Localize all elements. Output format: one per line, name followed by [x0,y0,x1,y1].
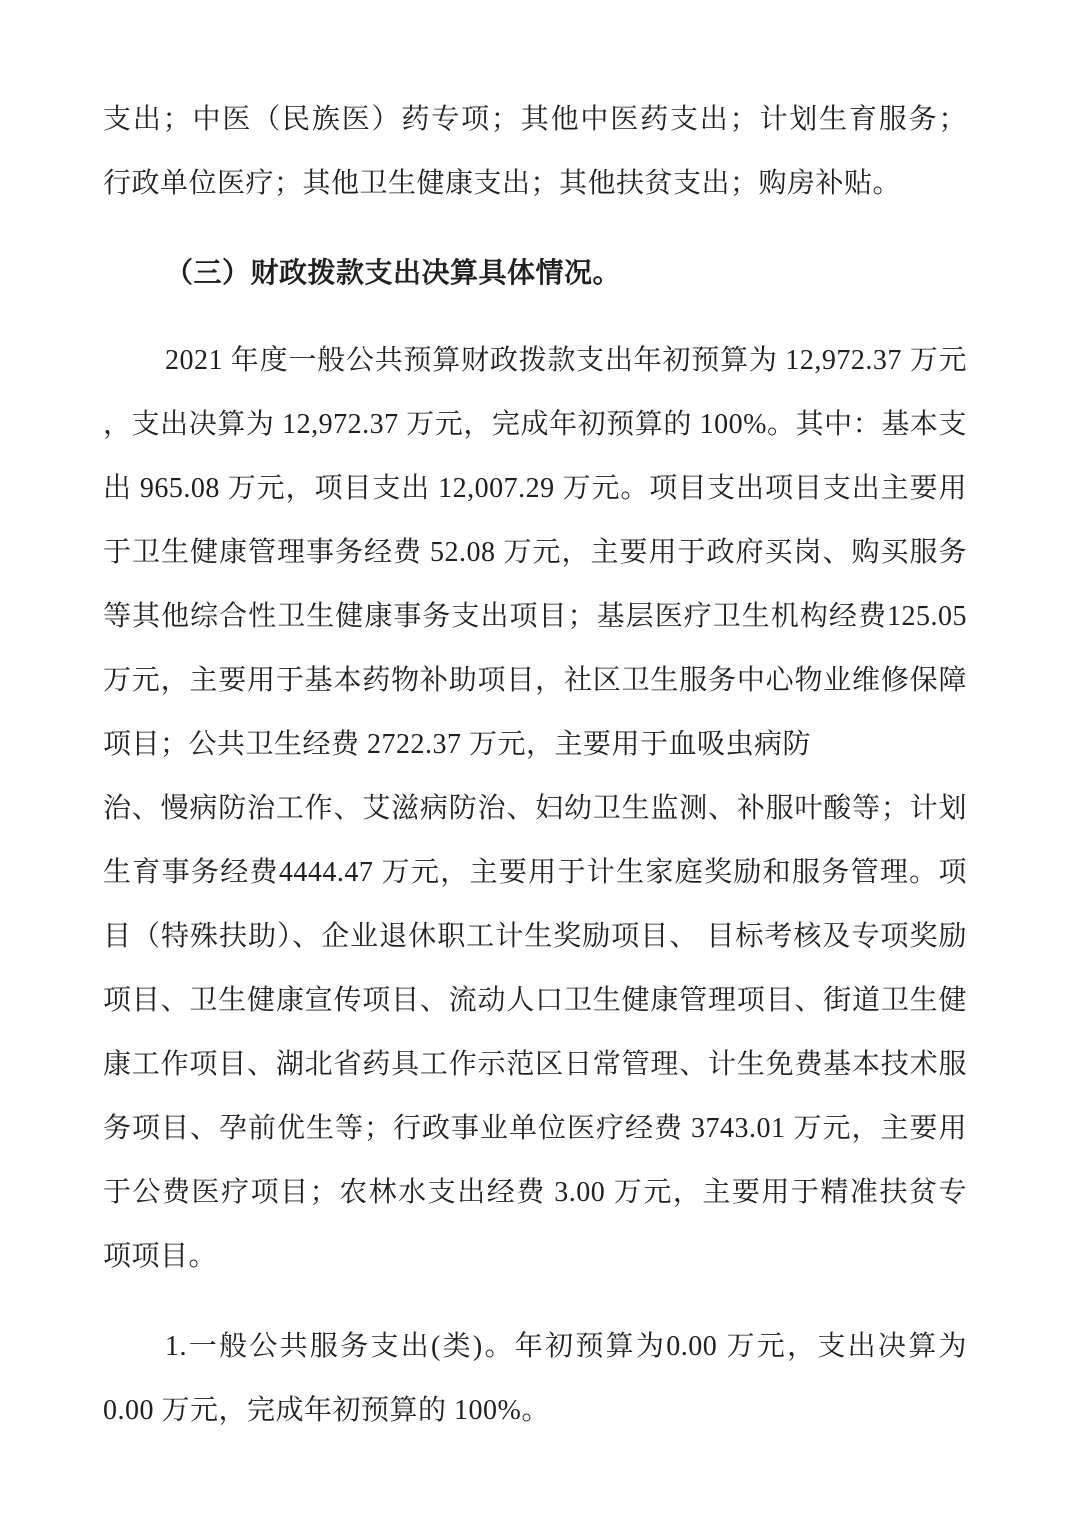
text-line: 目（特殊扶助）、企业退休职工计生奖励项目、 目标考核及专项奖励 [103,905,967,969]
text-line: 项目、卫生健康宣传项目、流动人口卫生健康管理项目、街道卫生健 [103,969,967,1033]
text-line: 项项目。 [103,1225,967,1289]
document-page: 支出；中医（民族医）药专项；其他中医药支出；计划生育服务； 行政单位医疗；其他卫… [0,0,1074,1518]
text-line: 项目；公共卫生经费 2722.37 万元，主要用于血吸虫病防 [103,713,967,777]
text-line: 务项目、孕前优生等；行政事业单位医疗经费 3743.01 万元，主要用 [103,1097,967,1161]
text-line: 1.一般公共服务支出(类)。年初预算为0.00 万元，支出决算为 [103,1315,967,1379]
text-line: 生育事务经费4444.47 万元，主要用于计生家庭奖励和服务管理。项 [103,841,967,905]
text-line: 0.00 万元，完成年初预算的 100%。 [103,1379,967,1443]
text-line: 万元，主要用于基本药物补助项目，社区卫生服务中心物业维修保障 [103,649,967,713]
text-line: 等其他综合性卫生健康事务支出项目；基层医疗卫生机构经费125.05 [103,585,967,649]
text-line: 治、慢病防治工作、艾滋病防治、妇幼卫生监测、补服叶酸等；计划 [103,777,967,841]
section-heading: （三）财政拨款支出决算具体情况。 [103,242,967,306]
text-line: 于公费医疗项目；农林水支出经费 3.00 万元，主要用于精准扶贫专 [103,1161,967,1225]
paragraph-continuation: 支出；中医（民族医）药专项；其他中医药支出；计划生育服务； 行政单位医疗；其他卫… [103,88,967,216]
text-line: 行政单位医疗；其他卫生健康支出；其他扶贫支出；购房补贴。 [103,152,967,216]
paragraph-fiscal-appropriation-details: 2021 年度一般公共预算财政拨款支出年初预算为 12,972.37 万元 ，支… [103,329,967,1289]
text-line: ，支出决算为 12,972.37 万元，完成年初预算的 100%。其中：基本支 [103,393,967,457]
paragraph-general-public-service: 1.一般公共服务支出(类)。年初预算为0.00 万元，支出决算为 0.00 万元… [103,1315,967,1443]
text-line: 康工作项目、湖北省药具工作示范区日常管理、计生免费基本技术服 [103,1033,967,1097]
text-line: 于卫生健康管理事务经费 52.08 万元，主要用于政府买岗、购买服务 [103,521,967,585]
text-line: 2021 年度一般公共预算财政拨款支出年初预算为 12,972.37 万元 [103,329,967,393]
text-line: 支出；中医（民族医）药专项；其他中医药支出；计划生育服务； [103,88,967,152]
text-line: 出 965.08 万元，项目支出 12,007.29 万元。项目支出项目支出主要… [103,457,967,521]
